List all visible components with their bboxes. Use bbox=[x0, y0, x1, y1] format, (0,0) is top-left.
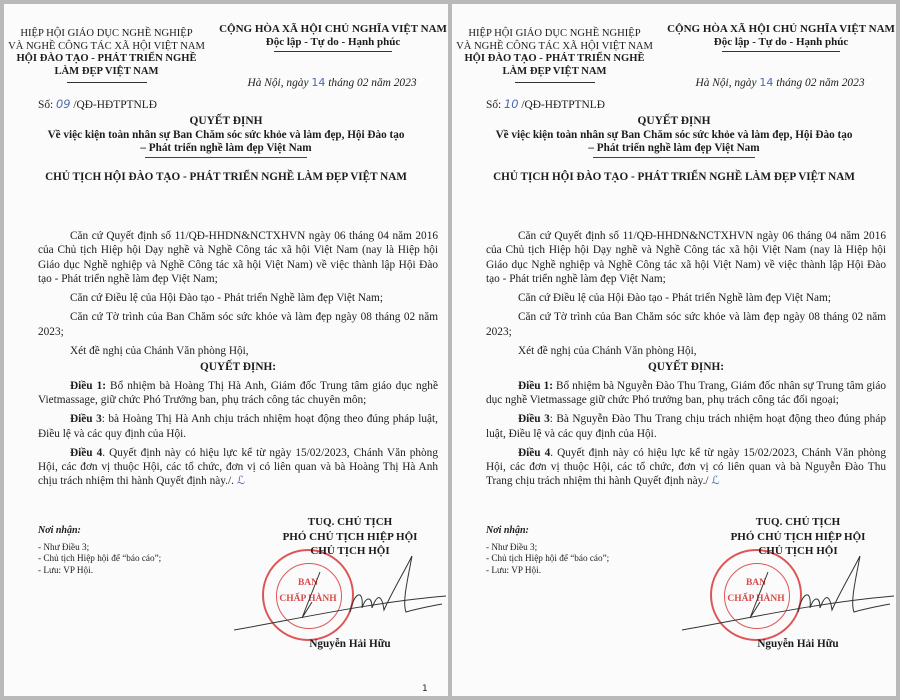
recipient-item: - Lưu: VP Hội. bbox=[486, 565, 609, 577]
country-name: CỘNG HÒA XÃ HỘI CHỦ NGHĨA VIỆT NAM bbox=[667, 23, 895, 36]
article-1: Điều 1: Bổ nhiệm bà Nguyễn Đào Thu Trang… bbox=[486, 379, 886, 408]
article-4: Điều 4. Quyết định này có hiệu lực kể từ… bbox=[486, 446, 886, 489]
handwritten-signature bbox=[680, 552, 896, 634]
issuing-authority: CHỦ TỊCH HỘI ĐÀO TẠO - PHÁT TRIỂN NGHỀ L… bbox=[4, 171, 448, 183]
issue-date: Hà Nội, ngày 14 tháng 02 năm 2023 bbox=[670, 76, 890, 89]
handwritten-day: 14 bbox=[759, 76, 773, 89]
issuing-organization: HIỆP HỘI GIÁO DỤC NGHỀ NGHIỆP VÀ NGHỀ CÔ… bbox=[4, 28, 209, 83]
recipient-item: - Như Điều 3; bbox=[486, 542, 609, 554]
org-parent-line2: VÀ NGHỀ CÔNG TÁC XÃ HỘI VIỆT NAM bbox=[452, 41, 657, 54]
recipients: Nơi nhận: - Như Điều 3; - Chủ tịch Hiệp … bbox=[486, 525, 609, 576]
handwritten-number: 10 bbox=[504, 97, 519, 111]
national-motto: Độc lập - Tự do - Hạnh phúc bbox=[219, 36, 447, 49]
subject-underline bbox=[145, 157, 307, 158]
org-name-line2: LÀM ĐẸP VIỆT NAM bbox=[54, 66, 158, 77]
org-name-line1: HỘI ĐÀO TẠO - PHÁT TRIỂN NGHỀ bbox=[464, 53, 644, 64]
org-parent-line2: VÀ NGHỀ CÔNG TÁC XÃ HỘI VIỆT NAM bbox=[4, 41, 209, 54]
org-underline bbox=[515, 82, 595, 83]
basis-paragraph: Xét đề nghị của Chánh Văn phòng Hội, bbox=[486, 344, 886, 358]
issuing-authority: CHỦ TỊCH HỘI ĐÀO TẠO - PHÁT TRIỂN NGHỀ L… bbox=[452, 171, 896, 183]
basis-paragraph: Căn cứ Điều lệ của Hội Đào tạo - Phát tr… bbox=[486, 291, 886, 305]
recipient-item: - Chủ tịch Hiệp hội để “báo cáo”; bbox=[486, 553, 609, 565]
decision-heading: QUYẾT ĐỊNH: bbox=[486, 360, 886, 374]
basis-paragraph: Căn cứ Tờ trình của Ban Chăm sóc sức khỏ… bbox=[38, 310, 438, 339]
document-title: QUYẾT ĐỊNH bbox=[4, 115, 448, 127]
document-title: QUYẾT ĐỊNH bbox=[452, 115, 896, 127]
signer-name: Nguyễn Hải Hữu bbox=[266, 638, 434, 650]
document-body: Căn cứ Quyết định số 11/QĐ-HHDN&NCTXHVN … bbox=[486, 229, 886, 494]
initials-mark: ℒ bbox=[711, 474, 719, 487]
document-subject: Về việc kiện toàn nhân sự Ban Chăm sóc s… bbox=[20, 129, 432, 158]
org-name-line2: LÀM ĐẸP VIỆT NAM bbox=[502, 66, 606, 77]
page-number: 1 bbox=[422, 684, 428, 694]
issue-date: Hà Nội, ngày 14 tháng 02 năm 2023 bbox=[222, 76, 442, 89]
org-name-line1: HỘI ĐÀO TẠO - PHÁT TRIỂN NGHỀ bbox=[16, 53, 196, 64]
basis-paragraph: Căn cứ Tờ trình của Ban Chăm sóc sức khỏ… bbox=[486, 310, 886, 339]
basis-paragraph: Căn cứ Quyết định số 11/QĐ-HHDN&NCTXHVN … bbox=[38, 229, 438, 286]
recipients: Nơi nhận: - Như Điều 3; - Chủ tịch Hiệp … bbox=[38, 525, 161, 576]
article-1: Điều 1: Bổ nhiệm bà Hoàng Thị Hà Anh, Gi… bbox=[38, 379, 438, 408]
handwritten-number: 09 bbox=[56, 97, 71, 111]
recipient-item: - Lưu: VP Hội. bbox=[38, 565, 161, 577]
national-motto: Độc lập - Tự do - Hạnh phúc bbox=[667, 36, 895, 49]
handwritten-signature bbox=[232, 552, 448, 634]
decision-heading: QUYẾT ĐỊNH: bbox=[38, 360, 438, 374]
org-parent-line1: HIỆP HỘI GIÁO DỤC NGHỀ NGHIỆP bbox=[4, 28, 209, 41]
national-header: CỘNG HÒA XÃ HỘI CHỦ NGHĨA VIỆT NAM Độc l… bbox=[219, 23, 447, 52]
recipient-item: - Như Điều 3; bbox=[38, 542, 161, 554]
initials-mark: ℒ bbox=[237, 474, 245, 487]
signer-name: Nguyễn Hải Hữu bbox=[714, 638, 882, 650]
document-number: Số: 10 /QĐ-HĐTPTNLĐ bbox=[486, 97, 605, 111]
handwritten-day: 14 bbox=[311, 76, 325, 89]
motto-underline bbox=[274, 51, 392, 52]
national-header: CỘNG HÒA XÃ HỘI CHỦ NGHĨA VIỆT NAM Độc l… bbox=[667, 23, 895, 52]
org-parent-line1: HIỆP HỘI GIÁO DỤC NGHỀ NGHIỆP bbox=[452, 28, 657, 41]
signature-block: TUQ. CHỦ TỊCH PHÓ CHỦ TỊCH HIỆP HỘI CHỦ … bbox=[714, 515, 882, 559]
document-subject: Về việc kiện toàn nhân sự Ban Chăm sóc s… bbox=[468, 129, 880, 158]
org-underline bbox=[67, 82, 147, 83]
country-name: CỘNG HÒA XÃ HỘI CHỦ NGHĨA VIỆT NAM bbox=[219, 23, 447, 36]
document-number: Số: 09 /QĐ-HĐTPTNLĐ bbox=[38, 97, 157, 111]
document-body: Căn cứ Quyết định số 11/QĐ-HHDN&NCTXHVN … bbox=[38, 229, 438, 494]
subject-underline bbox=[593, 157, 755, 158]
issuing-organization: HIỆP HỘI GIÁO DỤC NGHỀ NGHIỆP VÀ NGHỀ CÔ… bbox=[452, 28, 657, 83]
decision-document-10: HIỆP HỘI GIÁO DỤC NGHỀ NGHIỆP VÀ NGHỀ CÔ… bbox=[452, 4, 896, 696]
basis-paragraph: Xét đề nghị của Chánh Văn phòng Hội, bbox=[38, 344, 438, 358]
recipient-item: - Chủ tịch Hiệp hội để “báo cáo”; bbox=[38, 553, 161, 565]
signature-block: TUQ. CHỦ TỊCH PHÓ CHỦ TỊCH HIỆP HỘI CHỦ … bbox=[266, 515, 434, 559]
decision-document-09: HIỆP HỘI GIÁO DỤC NGHỀ NGHIỆP VÀ NGHỀ CÔ… bbox=[4, 4, 448, 696]
basis-paragraph: Căn cứ Điều lệ của Hội Đào tạo - Phát tr… bbox=[38, 291, 438, 305]
article-3: Điều 3: bà Hoàng Thị Hà Anh chịu trách n… bbox=[38, 412, 438, 441]
basis-paragraph: Căn cứ Quyết định số 11/QĐ-HHDN&NCTXHVN … bbox=[486, 229, 886, 286]
motto-underline bbox=[722, 51, 840, 52]
article-3: Điều 3: Bà Nguyễn Đào Thu Trang chịu trá… bbox=[486, 412, 886, 441]
article-4: Điều 4. Quyết định này có hiệu lực kể từ… bbox=[38, 446, 438, 489]
